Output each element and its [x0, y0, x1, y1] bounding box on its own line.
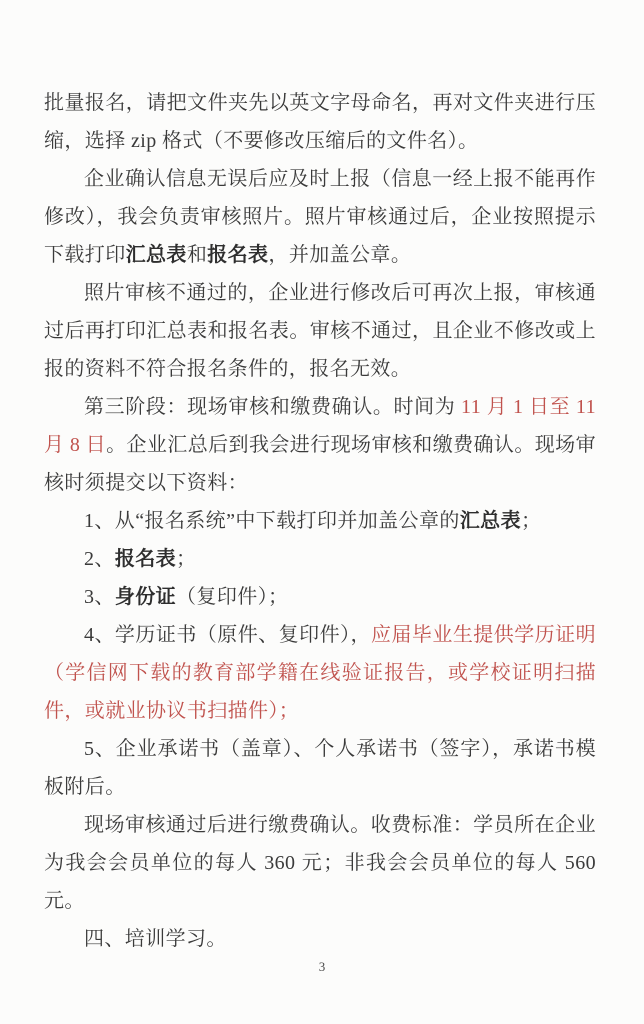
paragraph: 批量报名，请把文件夹先以英文字母命名，再对文件夹进行压缩，选择 zip 格式（不… — [44, 84, 596, 160]
text-run-normal: 4、学历证书（原件、复印件）， — [84, 624, 371, 646]
text-run-normal: ； — [176, 548, 196, 570]
text-run-bold: 汇总表 — [460, 510, 521, 532]
document-page: 批量报名，请把文件夹先以英文字母命名，再对文件夹进行压缩，选择 zip 格式（不… — [0, 0, 644, 1024]
text-run-normal: 5、企业承诺书（盖章）、个人承诺书（签字），承诺书模板附后。 — [44, 738, 596, 798]
paragraph: 四、培训学习。 — [44, 920, 596, 958]
text-run-normal: 1、从“报名系统”中下载打印并加盖公章的 — [84, 510, 460, 532]
paragraph: 3、身份证（复印件）； — [44, 578, 596, 616]
text-run-normal: 四、培训学习。 — [84, 928, 227, 950]
paragraph: 1、从“报名系统”中下载打印并加盖公章的汇总表； — [44, 502, 596, 540]
paragraph: 第三阶段：现场审核和缴费确认。时间为 11 月 1 日至 11 月 8 日。企业… — [44, 388, 596, 502]
text-run-normal: 和 — [187, 244, 207, 266]
text-run-bold: 报名表 — [207, 244, 268, 266]
text-run-normal: 。企业汇总后到我会进行现场审核和缴费确认。现场审核时须提交以下资料： — [44, 434, 596, 494]
page-footer: 3 — [0, 958, 644, 976]
document-body: 批量报名，请把文件夹先以英文字母命名，再对文件夹进行压缩，选择 zip 格式（不… — [44, 84, 596, 958]
page-number: 3 — [319, 959, 326, 974]
text-run-bold: 身份证 — [115, 586, 176, 608]
paragraph: 照片审核不通过的，企业进行修改后可再次上报，审核通过后再打印汇总表和报名表。审核… — [44, 274, 596, 388]
text-run-bold: 汇总表 — [126, 244, 187, 266]
text-run-normal: 批量报名，请把文件夹先以英文字母命名，再对文件夹进行压缩，选择 zip 格式（不… — [44, 92, 596, 152]
text-run-normal: ； — [521, 510, 541, 532]
text-run-normal: 第三阶段：现场审核和缴费确认。时间为 — [84, 396, 461, 418]
paragraph: 4、学历证书（原件、复印件），应届毕业生提供学历证明（学信网下载的教育部学籍在线… — [44, 616, 596, 730]
text-run-normal: 2、 — [84, 548, 115, 570]
text-run-normal: 3、 — [84, 586, 115, 608]
paragraph: 企业确认信息无误后应及时上报（信息一经上报不能再作修改），我会负责审核照片。照片… — [44, 160, 596, 274]
paragraph: 现场审核通过后进行缴费确认。收费标准：学员所在企业为我会会员单位的每人 360 … — [44, 806, 596, 920]
text-run-normal: （复印件）； — [176, 586, 288, 608]
text-run-normal: 现场审核通过后进行缴费确认。收费标准：学员所在企业为我会会员单位的每人 360 … — [44, 814, 596, 912]
paragraph: 5、企业承诺书（盖章）、个人承诺书（签字），承诺书模板附后。 — [44, 730, 596, 806]
text-run-normal: 照片审核不通过的，企业进行修改后可再次上报，审核通过后再打印汇总表和报名表。审核… — [44, 282, 596, 380]
text-run-normal: ，并加盖公章。 — [268, 244, 411, 266]
paragraph: 2、报名表； — [44, 540, 596, 578]
text-run-bold: 报名表 — [115, 548, 176, 570]
